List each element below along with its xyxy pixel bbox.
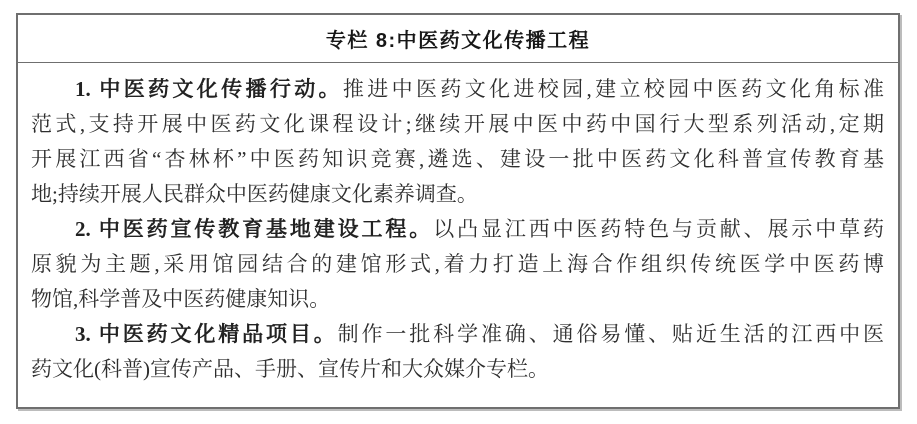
item-2-heading: 2. 中医药宣传教育基地建设工程。 <box>75 217 433 241</box>
box-title: 专栏 8:中医药文化传播工程 <box>18 15 898 63</box>
text-line: 2. 中医药宣传教育基地建设工程。以凸显江西中医药特色与贡献、展示中草药 <box>31 212 884 247</box>
text-line: 物馆,科学普及中医药健康知识。 <box>31 282 884 317</box>
line-text: 地;持续开展人民群众中医药健康文化素养调查。 <box>31 182 478 206</box>
line-text: 物馆,科学普及中医药健康知识。 <box>31 287 330 311</box>
text-line: 药文化(科普)宣传产品、手册、宣传片和大众媒介专栏。 <box>31 352 884 387</box>
info-box: 专栏 8:中医药文化传播工程 1. 中医药文化传播行动。推进中医药文化进校园,建… <box>16 13 900 409</box>
item-1-heading: 1. 中医药文化传播行动。 <box>75 77 343 101</box>
line-text: 范式,支持开展中医药文化课程设计;继续开展中医中药中国行大型系列活动,定期 <box>31 112 884 136</box>
line-text: 开展江西省“杏林杯”中医药知识竞赛,遴选、建设一批中医药文化科普宣传教育基 <box>31 147 884 171</box>
line-text: 推进中医药文化进校园,建立校园中医药文化角标准 <box>343 77 884 101</box>
line-text: 制作一批科学准确、通俗易懂、贴近生活的江西中医 <box>338 322 884 346</box>
text-line: 1. 中医药文化传播行动。推进中医药文化进校园,建立校园中医药文化角标准 <box>31 72 884 107</box>
text-line: 3. 中医药文化精品项目。制作一批科学准确、通俗易懂、贴近生活的江西中医 <box>31 317 884 352</box>
text-line: 原貌为主题,采用馆园结合的建馆形式,着力打造上海合作组织传统医学中医药博 <box>31 247 884 282</box>
text-line: 开展江西省“杏林杯”中医药知识竞赛,遴选、建设一批中医药文化科普宣传教育基 <box>31 142 884 177</box>
text-line: 范式,支持开展中医药文化课程设计;继续开展中医中药中国行大型系列活动,定期 <box>31 107 884 142</box>
line-text: 药文化(科普)宣传产品、手册、宣传片和大众媒介专栏。 <box>31 357 549 381</box>
item-3-heading: 3. 中医药文化精品项目。 <box>75 322 338 346</box>
line-text: 原貌为主题,采用馆园结合的建馆形式,着力打造上海合作组织传统医学中医药博 <box>31 252 884 276</box>
text-line: 地;持续开展人民群众中医药健康文化素养调查。 <box>31 177 884 212</box>
line-text: 以凸显江西中医药特色与贡献、展示中草药 <box>433 217 884 241</box>
box-body: 1. 中医药文化传播行动。推进中医药文化进校园,建立校园中医药文化角标准 范式,… <box>18 63 898 387</box>
document-page: 专栏 8:中医药文化传播工程 1. 中医药文化传播行动。推进中医药文化进校园,建… <box>0 0 917 424</box>
